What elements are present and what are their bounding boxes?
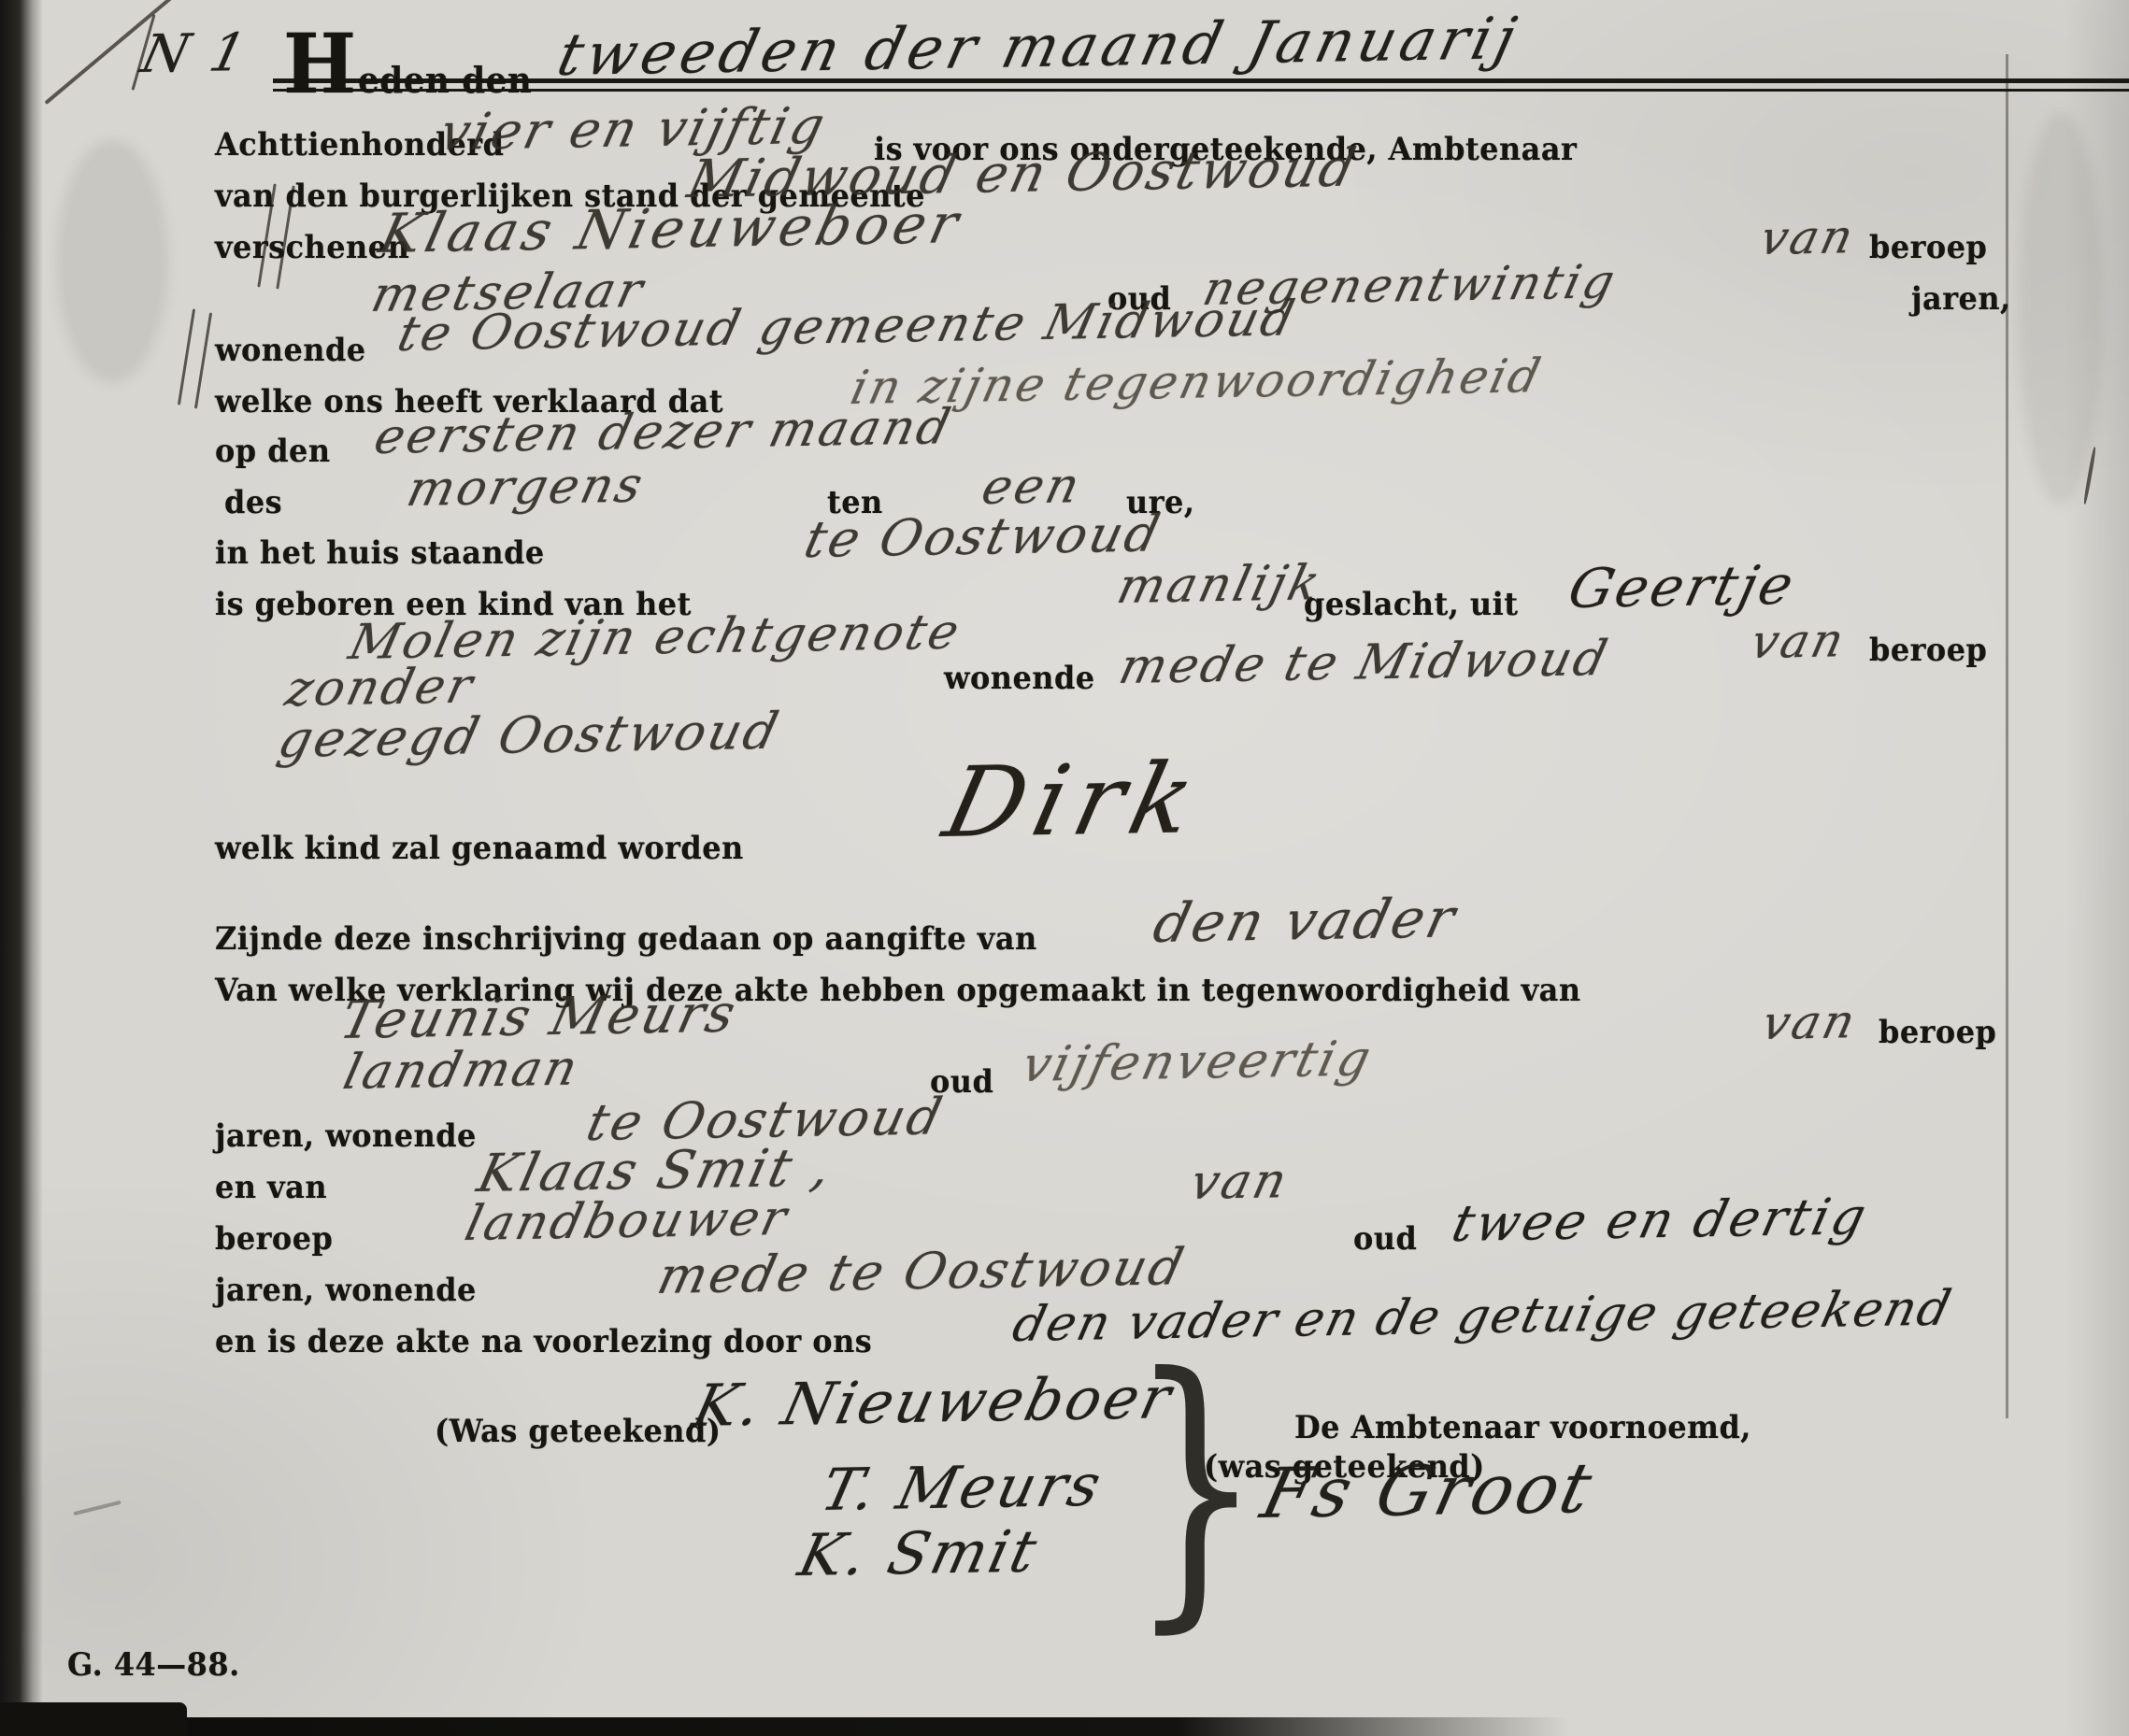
pen-stroke-mark <box>178 308 195 405</box>
page-binding-edge <box>0 0 43 1736</box>
hw-signature-declarant: K. Nieuweboer <box>687 1363 1180 1440</box>
hw-signature-getuige2: K. Smit <box>793 1517 1046 1589</box>
hw-van-4: van <box>1185 1153 1294 1211</box>
printed-des: des <box>224 484 282 521</box>
printed-voorlezing: en is deze akte na voorlezing door ons <box>215 1323 872 1360</box>
hw-getuige2-beroep: landbouwer <box>460 1190 794 1252</box>
birth-certificate-scan: N 1 Heden den tweeden der maand Januarij… <box>0 0 2129 1736</box>
hw-aangever: den vader <box>1148 886 1464 955</box>
printed-oud-3: oud <box>1353 1220 1417 1258</box>
hw-date-day: tweeden der maand Januarij <box>551 4 1527 89</box>
hw-getuige1-beroep: landman <box>338 1041 585 1101</box>
printed-genaamd: welk kind zal genaamd worden <box>215 830 744 867</box>
act-number: N 1 <box>136 22 254 85</box>
printed-wonende-2: wonende <box>944 660 1095 697</box>
margin-vertical-line <box>2006 54 2008 1418</box>
printed-jaren-1: jaren, <box>1911 280 2011 318</box>
hw-moeder-woonplaats: mede te Midwoud <box>1114 631 1615 695</box>
printed-op-den: op den <box>215 433 331 470</box>
printed-heden-den: Heden den <box>283 41 532 101</box>
printed-geslacht-uit: geslacht, uit <box>1304 586 1518 623</box>
pen-stroke-mark <box>194 312 212 408</box>
scan-bottom-corner <box>0 1702 187 1736</box>
hw-declarant-name: Klaas Nieuweboer <box>374 192 969 265</box>
printed-beroep-3: beroep <box>1879 1014 1996 1051</box>
hw-signature-ambtenaar: Fs Groot <box>1254 1448 1602 1534</box>
hw-van-2: van <box>1746 613 1851 669</box>
printed-jaren-wonende-1: jaren, wonende <box>215 1117 477 1155</box>
hw-geslacht: manlijk <box>1112 555 1328 615</box>
scan-bottom-edge <box>0 1717 1570 1736</box>
bleedthrough-smudge <box>2019 112 2103 505</box>
hw-van-3: van <box>1757 994 1863 1050</box>
printed-aangifte: Zijnde deze inschrijving gedaan op aangi… <box>215 920 1037 958</box>
printed-ambtenaar-voornoemd: De Ambtenaar voornoemd, <box>1294 1409 1751 1446</box>
printed-beroep-4: beroep <box>215 1220 333 1258</box>
header-rule-bottom <box>273 89 2129 92</box>
printed-beroep-2: beroep <box>1869 632 1987 669</box>
hw-getuige1-leeftijd: vijfenveertig <box>1017 1032 1379 1093</box>
printed-wonende-1: wonende <box>215 332 366 369</box>
hw-dagdeel: morgens <box>402 458 650 518</box>
printed-was-geteekend: (Was geteekend) <box>435 1413 721 1450</box>
hw-moeder-voornaam: Geertje <box>1563 553 1802 620</box>
bleedthrough-smudge <box>56 140 168 383</box>
printed-huis: in het huis staande <box>215 534 545 572</box>
header-rule-top <box>273 78 2129 83</box>
hw-geboortehuis: te Oostwoud <box>799 504 1167 569</box>
pen-stroke-mark <box>73 1501 121 1515</box>
hw-kind-naam: Dirk <box>935 741 1214 860</box>
printed-beroep-1: beroep <box>1869 229 1987 266</box>
footer-form-code: G. 44—88. <box>67 1646 240 1684</box>
hw-moeder-gezegd: gezegd Oostwoud <box>273 702 786 769</box>
hw-van-1: van <box>1755 209 1861 265</box>
signature-brace-mark: } <box>1129 1366 1263 1607</box>
hw-signature-getuige1: T. Meurs <box>815 1451 1109 1524</box>
hw-getuige2-leeftijd: twee en dertig <box>1447 1187 1874 1253</box>
hw-geboortedag: eersten dezer maand <box>369 399 958 465</box>
printed-en-van: en van <box>215 1169 327 1206</box>
printed-jaren-wonende-2: jaren, wonende <box>215 1272 477 1309</box>
